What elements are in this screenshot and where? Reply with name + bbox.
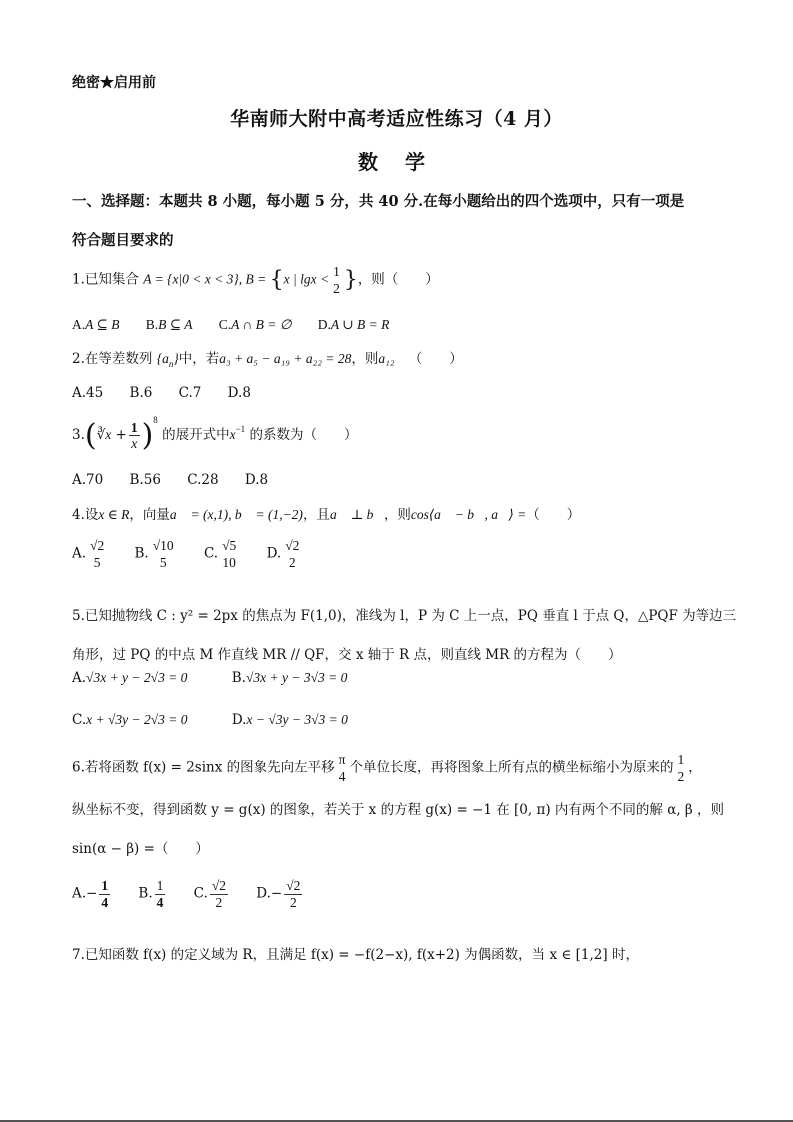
question-3-options: A.70 B.56 C.28 D.8 bbox=[72, 472, 290, 488]
option-c[interactable]: C.x + √3y − 2√3 = 0 bbox=[72, 712, 188, 728]
option-d[interactable]: D.√22 bbox=[267, 538, 304, 570]
question-text: ，则 bbox=[351, 351, 378, 367]
option-b[interactable]: B.6 bbox=[130, 385, 153, 401]
option-d[interactable]: D.8 bbox=[228, 385, 251, 401]
plus-sign: + bbox=[116, 427, 127, 443]
question-text: 个单位长度，再将图象上所有点的横坐标缩小为原来的 bbox=[349, 760, 673, 776]
question-text: 已知集合 bbox=[85, 272, 139, 288]
fraction-one-over-x: 1x bbox=[129, 420, 140, 452]
set-b-label: , B = bbox=[239, 272, 270, 287]
equation: a₃ + a₅ − a₁₉ + a₂₂ = 28 bbox=[219, 351, 351, 366]
answer-blank: （ ） bbox=[526, 507, 580, 523]
fraction-pi-over-4: π4 bbox=[337, 752, 348, 784]
question-6-line3: sin(α − β) =（ ） bbox=[72, 837, 209, 857]
brace-close: } bbox=[344, 268, 358, 293]
exam-subject: 数 学 bbox=[0, 146, 793, 175]
question-text: 已知抛物线 C : y² = 2px 的焦点为 F(1,0)，准线为 l，P 为… bbox=[85, 608, 736, 624]
option-d[interactable]: D.−√22 bbox=[256, 878, 304, 910]
option-c[interactable]: C.√510 bbox=[204, 538, 240, 570]
cube-root-x: ∛x bbox=[97, 427, 112, 442]
question-text: 已知函数 f(x) 的定义域为 R，且满足 f(x) = −f(2−x), f(… bbox=[85, 947, 639, 963]
question-6-line2: 纵坐标不变，得到函数 y = g(x) 的图象，若关于 x 的方程 g(x) =… bbox=[72, 798, 724, 818]
vector-definitions: a⃗ = (x,1), b⃗ = (1,−2) bbox=[170, 507, 303, 522]
paren-open: ( bbox=[85, 418, 97, 453]
question-number: 6. bbox=[72, 760, 85, 776]
question-number: 1. bbox=[72, 272, 85, 288]
option-c[interactable]: C.√22 bbox=[194, 878, 230, 910]
question-4-options: A.√25 B.√105 C.√510 D.√22 bbox=[72, 538, 325, 570]
section-instructions-line1: 一、选择题：本题共 8 小题，每小题 5 分，共 40 分.在每小题给出的四个选… bbox=[72, 190, 684, 211]
question-number: 3. bbox=[72, 427, 85, 443]
question-number: 2. bbox=[72, 351, 85, 367]
set-b-condition: x | lgx < bbox=[284, 272, 329, 287]
question-text: ，且 bbox=[303, 507, 330, 523]
question-1: 1.已知集合 A = {x|0 < x < 3}, B = {x | lgx <… bbox=[72, 264, 439, 296]
question-text: 若将函数 f(x) = 2sinx 的图象先向左平移 bbox=[85, 760, 335, 776]
option-b[interactable]: B.14 bbox=[138, 878, 167, 910]
question-4: 4.设x ∈ R，向量a⃗ = (x,1), b⃗ = (1,−2)，且a⃗ ⊥… bbox=[72, 503, 580, 523]
target-term: a₁₂ bbox=[378, 351, 394, 366]
option-a[interactable]: A.−14 bbox=[72, 878, 112, 910]
question-2: 2.在等差数列 {an}中，若a₃ + a₅ − a₁₉ + a₂₂ = 28，… bbox=[72, 347, 463, 369]
option-c[interactable]: C.7 bbox=[179, 385, 202, 401]
question-5-options-row2: C.x + √3y − 2√3 = 0 D.x − √3y − 3√3 = 0 bbox=[72, 712, 370, 728]
question-text: 在等差数列 bbox=[85, 351, 153, 367]
question-text: 设 bbox=[85, 507, 99, 523]
brace-open: { bbox=[270, 268, 284, 293]
perpendicular-condition: a⃗ ⊥ b⃗ bbox=[330, 507, 384, 522]
answer-blank: （ ） bbox=[409, 351, 463, 367]
option-b[interactable]: B.√3x + y − 3√3 = 0 bbox=[232, 670, 348, 686]
question-text: 中，若 bbox=[179, 351, 220, 367]
answer-blank: ，则（ ） bbox=[358, 272, 439, 288]
option-c[interactable]: C.A ∩ B = ∅ bbox=[219, 317, 292, 333]
fraction-one-half: 12 bbox=[675, 752, 686, 784]
question-text: ，向量 bbox=[129, 507, 170, 523]
term-exponent: −1 bbox=[236, 424, 246, 434]
option-b[interactable]: B.√105 bbox=[135, 538, 178, 570]
confidential-header: 绝密★启用前 bbox=[72, 72, 156, 92]
paren-close: ) bbox=[142, 418, 154, 453]
fraction-one-half: 12 bbox=[331, 264, 342, 296]
question-2-options: A.45 B.6 C.7 D.8 bbox=[72, 385, 273, 401]
question-number: 4. bbox=[72, 507, 85, 523]
question-6-line1: 6.若将函数 f(x) = 2sinx 的图象先向左平移π4个单位长度，再将图象… bbox=[72, 752, 702, 784]
option-d[interactable]: D.A ∪ B = R bbox=[318, 317, 390, 333]
option-a[interactable]: A.45 bbox=[72, 385, 103, 401]
option-a[interactable]: A.A ⊆ B bbox=[72, 317, 119, 333]
exponent: 8 bbox=[153, 415, 158, 425]
question-5-line2: 角形，过 PQ 的中点 M 作直线 MR // QF，交 x 轴于 R 点，则直… bbox=[72, 643, 622, 663]
option-a[interactable]: A.√25 bbox=[72, 538, 108, 570]
question-3: 3.(∛x +1x)8 的展开式中x−1 的系数为（ ） bbox=[72, 415, 357, 453]
question-5-options-row1: A.√3x + y − 2√3 = 0 B.√3x + y − 3√3 = 0 bbox=[72, 670, 369, 686]
answer-blank: 的系数为（ ） bbox=[249, 427, 357, 443]
sequence-notation: {a bbox=[157, 351, 169, 366]
punctuation: ， bbox=[688, 760, 702, 776]
question-5-line1: 5.已知抛物线 C : y² = 2px 的焦点为 F(1,0)，准线为 l，P… bbox=[72, 604, 736, 624]
exam-page: 绝密★启用前 华南师大附中高考适应性练习（4 月） 数 学 一、选择题：本题共 … bbox=[0, 0, 793, 1122]
cosine-expression: cos⟨a⃗ − b⃗, a⃗⟩ = bbox=[411, 507, 526, 522]
question-6-options: A.−14 B.14 C.√22 D.−√22 bbox=[72, 878, 326, 910]
option-d[interactable]: D.x − √3y − 3√3 = 0 bbox=[232, 712, 348, 728]
option-c[interactable]: C.28 bbox=[187, 472, 218, 488]
exam-title: 华南师大附中高考适应性练习（4 月） bbox=[0, 104, 793, 131]
option-b[interactable]: B.B ⊆ A bbox=[146, 317, 193, 333]
question-7: 7.已知函数 f(x) 的定义域为 R，且满足 f(x) = −f(2−x), … bbox=[72, 943, 639, 963]
question-1-options: A.A ⊆ B B.B ⊆ A C.A ∩ B = ∅ D.A ∪ B = R bbox=[72, 317, 411, 333]
question-number: 7. bbox=[72, 947, 85, 963]
option-b[interactable]: B.56 bbox=[130, 472, 161, 488]
set-a-expression: A = {x|0 < x < 3} bbox=[143, 272, 239, 287]
question-text: ，则 bbox=[384, 507, 411, 523]
condition: x ∈ R bbox=[98, 507, 129, 522]
section-instructions-line2: 符合题目要求的 bbox=[72, 229, 174, 250]
option-a[interactable]: A.√3x + y − 2√3 = 0 bbox=[72, 670, 187, 686]
option-d[interactable]: D.8 bbox=[245, 472, 268, 488]
option-a[interactable]: A.70 bbox=[72, 472, 103, 488]
question-text: 的展开式中 bbox=[162, 427, 230, 443]
question-number: 5. bbox=[72, 608, 85, 624]
